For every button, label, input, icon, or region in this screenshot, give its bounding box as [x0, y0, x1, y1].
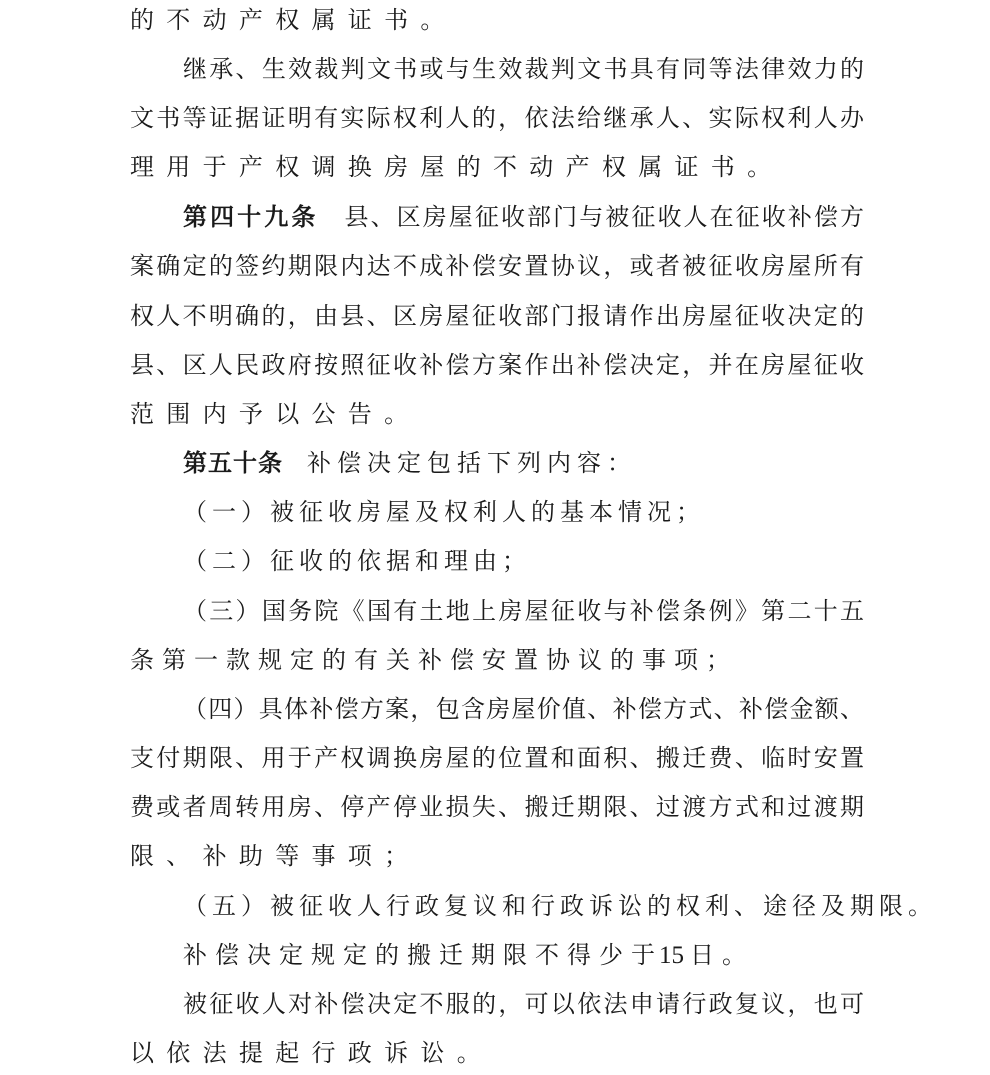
article-50-first-line: 第五十条补偿决定包括下列内容： [183, 445, 864, 481]
deadline-line: 补偿决定规定的搬迁期限不得少于15日。 [183, 937, 864, 973]
paragraph-line: 案确定的签约期限内达不成补偿安置协议，或者被征收房屋所有 [130, 248, 864, 284]
article-49-heading: 第四十九条 [183, 203, 318, 231]
paragraph-line: 以依法提起行政诉讼。 [130, 1035, 864, 1071]
paragraph-line: 的不动产权属证书。 [130, 2, 864, 38]
paragraph-line: 限、补助等事项； [130, 838, 864, 874]
list-item-3: （三）国务院《国有土地上房屋征收与补偿条例》第二十五 [183, 593, 864, 629]
paragraph-line: 文书等证据证明有实际权利人的，依法给继承人、实际权利人办 [130, 100, 864, 136]
deadline-suffix: 日。 [690, 941, 754, 969]
paragraph-line: 条第一款规定的有关补偿安置协议的事项； [130, 642, 864, 678]
paragraph-line: 理用于产权调换房屋的不动产权属证书。 [130, 149, 864, 185]
list-item-4: （四）具体补偿方案，包含房屋价值、补偿方式、补偿金额、 [183, 691, 864, 727]
list-item-5: （五）被征收人行政复议和行政诉讼的权利、途径及期限。 [183, 888, 864, 924]
paragraph-line: 支付期限、用于产权调换房屋的位置和面积、搬迁费、临时安置 [130, 740, 864, 776]
deadline-days: 15 [659, 942, 684, 969]
deadline-text: 补偿决定规定的搬迁期限不得少于 [183, 941, 663, 969]
paragraph-line: 费或者周转用房、停产停业损失、搬迁期限、过渡方式和过渡期 [130, 789, 864, 825]
paragraph-line: 县、区人民政府按照征收补偿方案作出补偿决定，并在房屋征收 [130, 347, 864, 383]
appeal-line: 被征收人对补偿决定不服的，可以依法申请行政复议，也可 [183, 986, 864, 1022]
paragraph-line: 继承、生效裁判文书或与生效裁判文书具有同等法律效力的 [183, 51, 864, 87]
article-49-text: 县、区房屋征收部门与被征收人在征收补偿方 [342, 203, 864, 231]
document-page: 的不动产权属证书。 继承、生效裁判文书或与生效裁判文书具有同等法律效力的 文书等… [0, 0, 990, 1075]
list-item-1: （一）被征收房屋及权利人的基本情况； [183, 494, 864, 530]
paragraph-line: 范围内予以公告。 [130, 396, 864, 432]
article-50-intro: 补偿决定包括下列内容： [307, 449, 637, 477]
paragraph-line: 权人不明确的，由县、区房屋征收部门报请作出房屋征收决定的 [130, 298, 864, 334]
article-50-heading: 第五十条 [183, 449, 283, 477]
article-49-first-line: 第四十九条县、区房屋征收部门与被征收人在征收补偿方 [183, 199, 864, 235]
list-item-2: （二）征收的依据和理由； [183, 543, 864, 579]
